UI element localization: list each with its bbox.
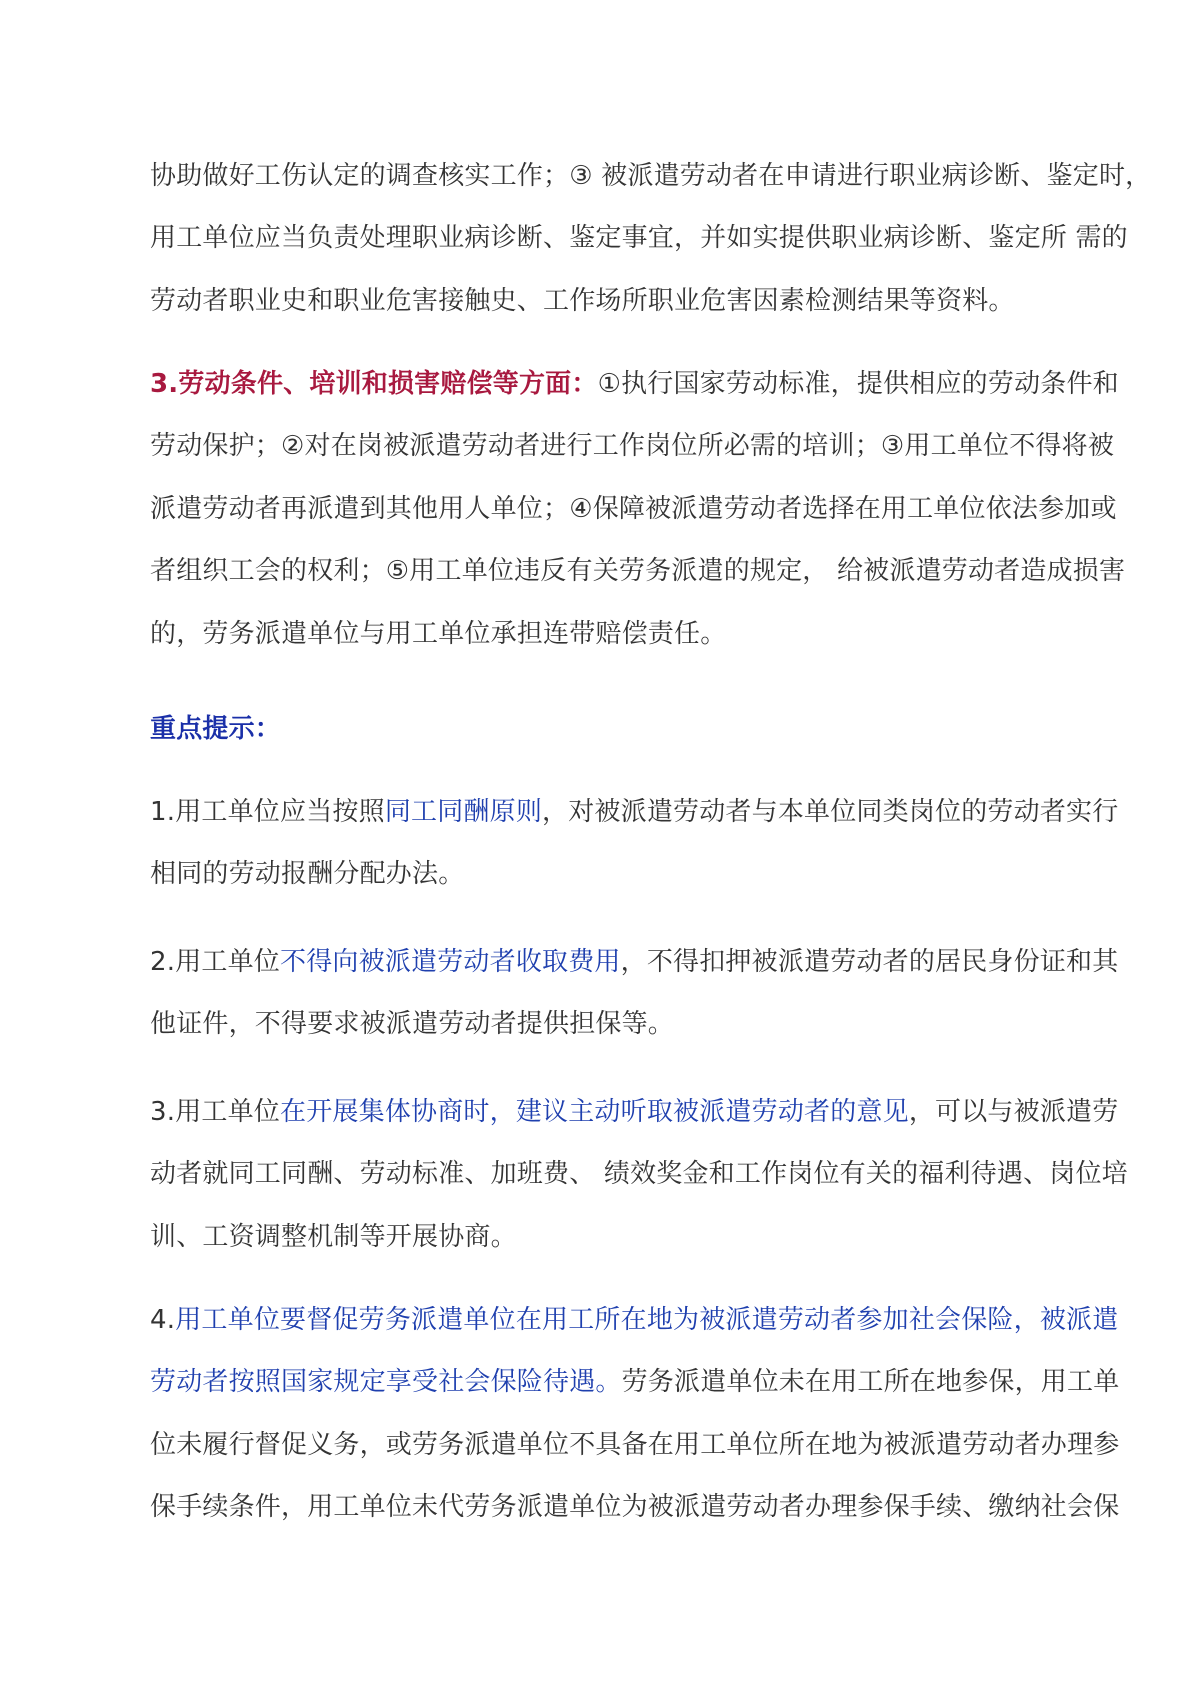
- hint-1-prefix: 1.用工单位应当按照: [150, 797, 385, 827]
- hint-4-highlight: 用工单位要督促劳务派遣单位在用工所在地为被派遣劳动者参加社会保险，被派遣: [175, 1305, 1118, 1335]
- section3-line: 者组织工会的权利；⑤用工单位违反有关劳务派遣的规定， 给被派遣劳动者造成损害: [150, 554, 1125, 588]
- hint-4-line2-highlight: 劳动者按照国家规定享受社会保险待遇。: [150, 1367, 622, 1397]
- section3-line: 的，劳务派遣单位与用工单位承担连带赔偿责任。: [150, 617, 726, 651]
- hint-4-prefix: 4.: [150, 1305, 175, 1335]
- section3-line: 劳动保护；②对在岗被派遣劳动者进行工作岗位所必需的培训；③用工单位不得将被: [150, 429, 1114, 463]
- intro-line-3: 劳动者职业史和职业危害接触史、工作场所职业危害因素检测结果等资料。: [150, 284, 1015, 318]
- hint-3-prefix: 3.用工单位: [150, 1097, 280, 1127]
- hint-1-line-1: 1.用工单位应当按照同工同酬原则，对被派遣劳动者与本单位同类岗位的劳动者实行: [150, 795, 1118, 829]
- key-hints-heading: 重点提示：: [150, 712, 281, 746]
- hint-2-prefix: 2.用工单位: [150, 947, 280, 977]
- hint-1-suffix: ，对被派遣劳动者与本单位同类岗位的劳动者实行: [542, 797, 1118, 827]
- hint-3-line-2: 动者就同工同酬、劳动标准、加班费、 绩效奖金和工作岗位有关的福利待遇、岗位培: [150, 1157, 1128, 1191]
- hint-3-highlight: 在开展集体协商时，建议主动听取被派遣劳动者的意见: [280, 1097, 909, 1127]
- hint-4-line2-rest: 劳务派遣单位未在用工所在地参保，用工单: [622, 1367, 1120, 1397]
- hint-4-line-2: 劳动者按照国家规定享受社会保险待遇。劳务派遣单位未在用工所在地参保，用工单: [150, 1365, 1119, 1399]
- section3-first-line-text: ①执行国家劳动标准，提供相应的劳动条件和: [598, 369, 1119, 399]
- intro-line-2: 用工单位应当负责处理职业病诊断、鉴定事宜，并如实提供职业病诊断、鉴定所 需的: [150, 221, 1128, 255]
- hint-1-line-2: 相同的劳动报酬分配办法。: [150, 857, 464, 891]
- intro-line-1: 协助做好工伤认定的调查核实工作；③ 被派遣劳动者在申请进行职业病诊断、鉴定时，: [150, 159, 1151, 193]
- section3-heading: 3.劳动条件、培训和损害赔偿等方面：: [150, 369, 598, 399]
- hint-2-line-1: 2.用工单位不得向被派遣劳动者收取费用，不得扣押被派遣劳动者的居民身份证和其: [150, 945, 1118, 979]
- hint-1-highlight: 同工同酬原则: [385, 797, 542, 827]
- hint-2-suffix: ，不得扣押被派遣劳动者的居民身份证和其: [621, 947, 1119, 977]
- hint-3-suffix: ，可以与被派遣劳: [909, 1097, 1119, 1127]
- hint-4-line-4: 保手续条件，用工单位未代劳务派遣单位为被派遣劳动者办理参保手续、缴纳社会保: [150, 1490, 1119, 1524]
- section3-first-line: 3.劳动条件、培训和损害赔偿等方面：①执行国家劳动标准，提供相应的劳动条件和: [150, 367, 1119, 401]
- hint-3-line-3: 训、工资调整机制等开展协商。: [150, 1220, 517, 1254]
- hint-2-line-2: 他证件，不得要求被派遣劳动者提供担保等。: [150, 1007, 674, 1041]
- hint-2-highlight: 不得向被派遣劳动者收取费用: [280, 947, 621, 977]
- section3-line: 派遣劳动者再派遣到其他用人单位；④保障被派遣劳动者选择在用工单位依法参加或: [150, 492, 1117, 526]
- hint-4-line-3: 位未履行督促义务，或劳务派遣单位不具备在用工单位所在地为被派遣劳动者办理参: [150, 1428, 1119, 1462]
- hint-4-line-1: 4.用工单位要督促劳务派遣单位在用工所在地为被派遣劳动者参加社会保险，被派遣: [150, 1303, 1118, 1337]
- hint-3-line-1: 3.用工单位在开展集体协商时，建议主动听取被派遣劳动者的意见，可以与被派遣劳: [150, 1095, 1118, 1129]
